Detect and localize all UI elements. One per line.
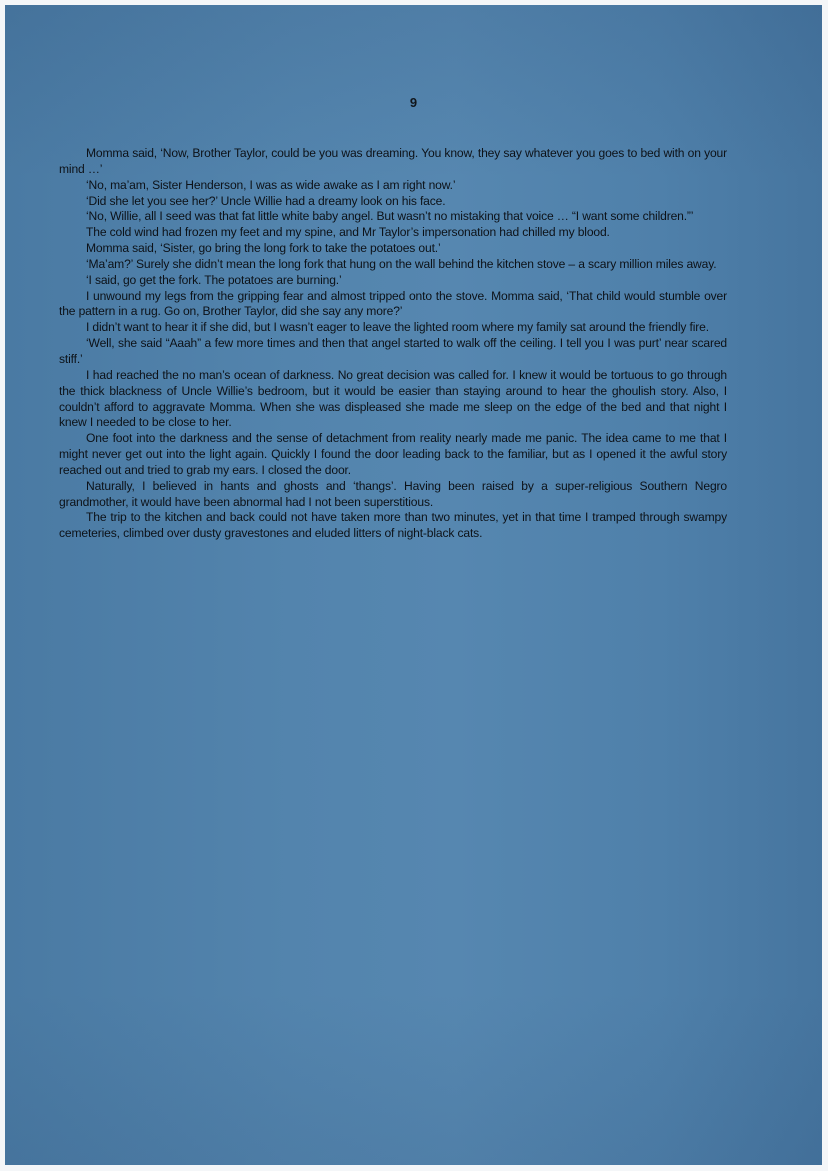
paragraph: Naturally, I believed in hants and ghost… bbox=[59, 479, 727, 511]
paragraph: I didn’t want to hear it if she did, but… bbox=[59, 320, 727, 336]
paragraph: The cold wind had frozen my feet and my … bbox=[59, 225, 727, 241]
paragraph: ‘I said, go get the fork. The potatoes a… bbox=[59, 273, 727, 289]
paragraph: ‘Ma’am?’ Surely she didn’t mean the long… bbox=[59, 257, 727, 273]
paragraph: I had reached the no man’s ocean of dark… bbox=[59, 368, 727, 431]
paragraph: ‘No, ma’am, Sister Henderson, I was as w… bbox=[59, 178, 727, 194]
paragraph: One foot into the darkness and the sense… bbox=[59, 431, 727, 479]
paragraph: Momma said, ‘Now, Brother Taylor, could … bbox=[59, 146, 727, 178]
page-number: 9 bbox=[5, 95, 822, 110]
scanned-page: 9 Momma said, ‘Now, Brother Taylor, coul… bbox=[5, 5, 822, 1165]
paragraph: ‘No, Willie, all I seed was that fat lit… bbox=[59, 209, 727, 225]
body-text: Momma said, ‘Now, Brother Taylor, could … bbox=[59, 146, 727, 542]
paragraph: ‘Did she let you see her?’ Uncle Willie … bbox=[59, 194, 727, 210]
paragraph: The trip to the kitchen and back could n… bbox=[59, 510, 727, 542]
paragraph: I unwound my legs from the gripping fear… bbox=[59, 289, 727, 321]
paragraph: ‘Well, she said “Aaah” a few more times … bbox=[59, 336, 727, 368]
paragraph: Momma said, ‘Sister, go bring the long f… bbox=[59, 241, 727, 257]
